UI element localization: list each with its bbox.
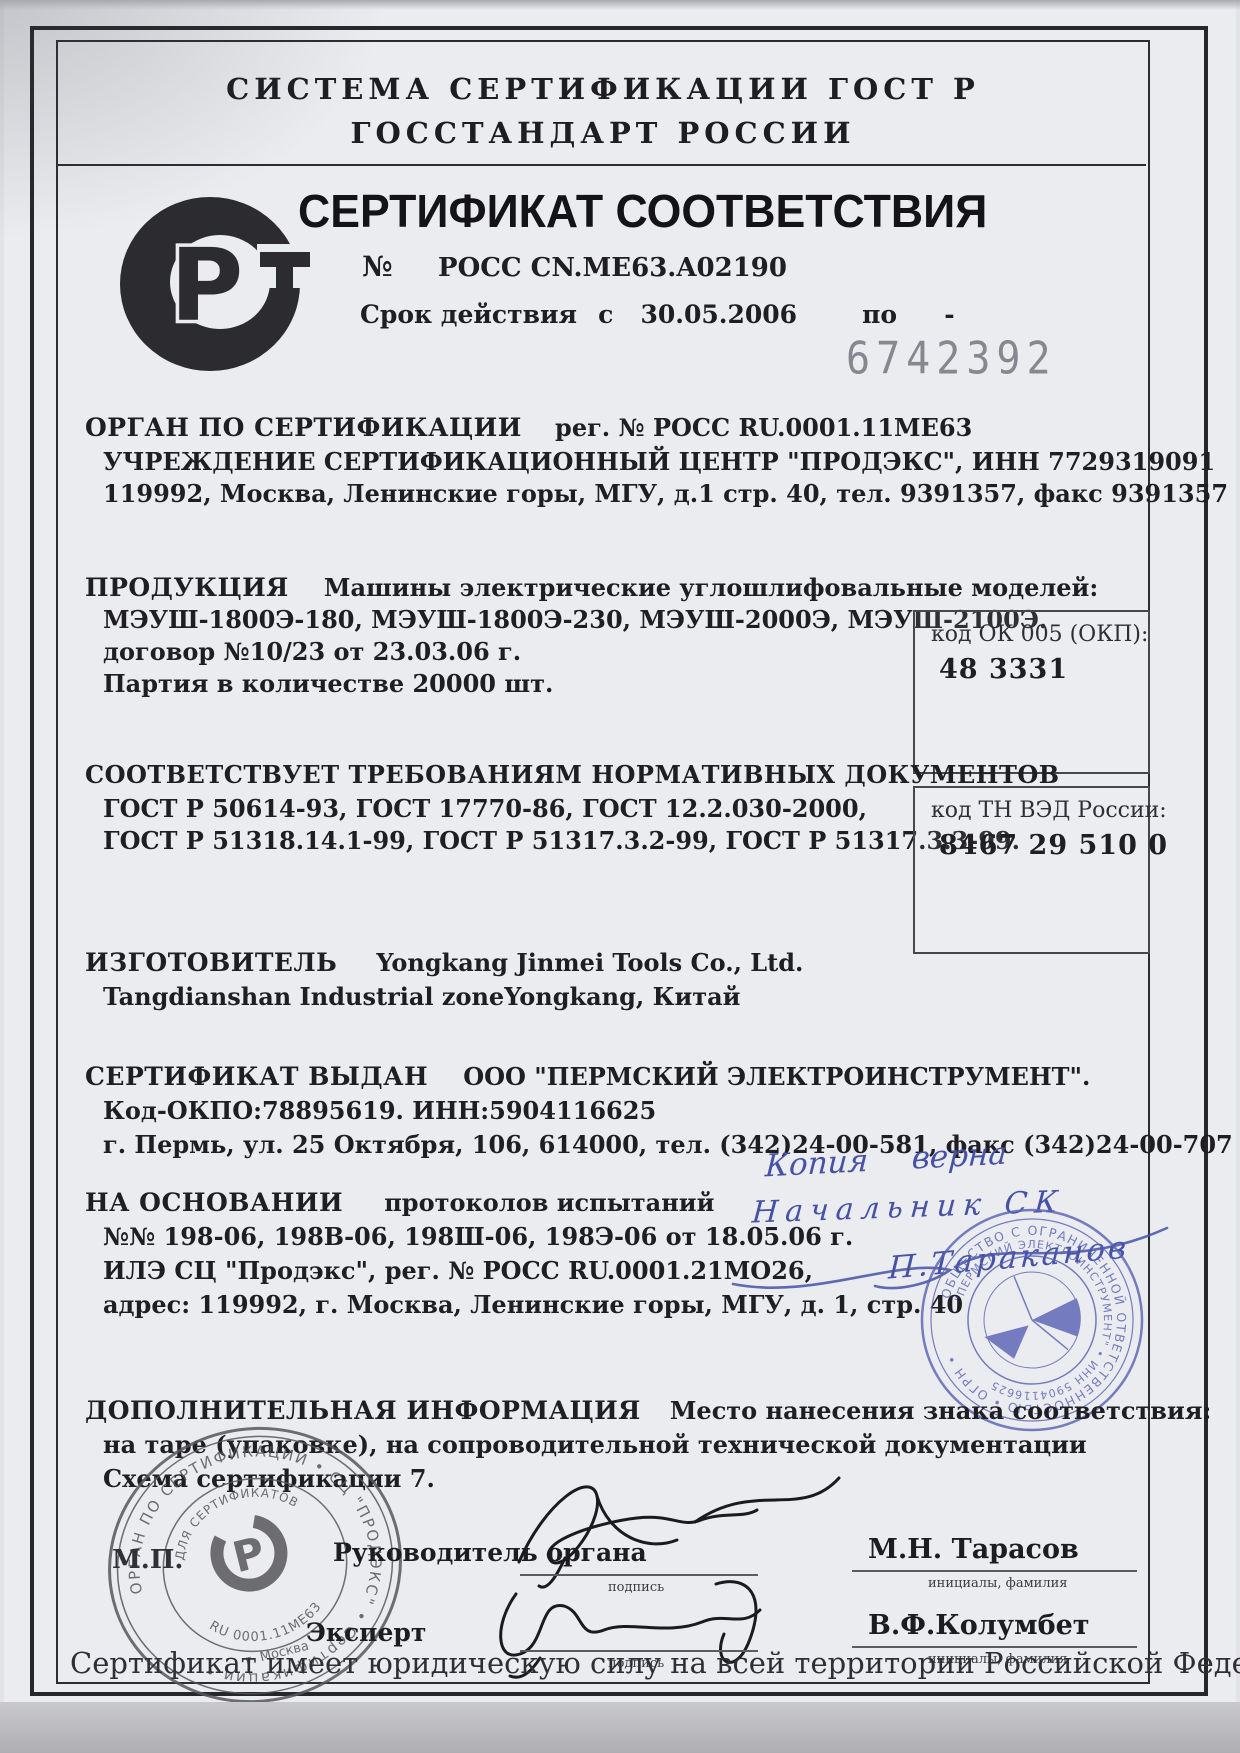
certificate-title: СЕРТИФИКАТ СООТВЕТСТВИЯ [298,184,987,238]
product-batch: Партия в количестве 20000 шт. [103,669,553,698]
svg-text:Р: Р [170,227,243,344]
compliance-gost-line1: ГОСТ Р 50614-93, ГОСТ 17770-86, ГОСТ 12.… [103,794,867,823]
tnved-code-box: код ТН ВЭД России: 8467 29 510 0 [913,786,1150,954]
product-line1: Машины электрические углошлифовальные мо… [324,573,1098,602]
validity-to-date: - [944,300,954,329]
certificate-number-row: № РОСС CN.ME63.A02190 [362,250,787,283]
header-line2: ГОССТАНДАРТ РОССИИ [58,116,1148,150]
certification-body-label: ОРГАН ПО СЕРТИФИКАЦИИ [85,413,522,442]
certification-body-name: УЧРЕЖДЕНИЕ СЕРТИФИКАЦИОННЫЙ ЦЕНТР "ПРОДЭ… [103,447,1215,476]
tnved-code-value: 8467 29 510 0 [939,830,1168,861]
issued-to-row: СЕРТИФИКАТ ВЫДАН ООО "ПЕРМСКИЙ ЭЛЕКТРОИН… [85,1062,1090,1091]
basis-lab: ИЛЭ СЦ "Продэкс", рег. № РОСС RU.0001.21… [103,1256,813,1285]
header-line1: СИСТЕМА СЕРТИФИКАЦИИ ГОСТ Р [58,72,1148,106]
manufacturer-label: ИЗГОТОВИТЕЛЬ [85,948,337,977]
head-name: М.Н. Тарасов [868,1534,1079,1565]
basis-line1: протоколов испытаний [384,1188,714,1217]
header-divider-line [58,164,1146,166]
product-contract: договор №10/23 от 23.03.06 г. [103,637,521,666]
tnved-code-label: код ТН ВЭД России: [931,798,1167,823]
head-name-line [852,1570,1137,1572]
scan-bottom-strip [0,1702,1240,1753]
certificate-scan: СИСТЕМА СЕРТИФИКАЦИИ ГОСТ Р ГОССТАНДАРТ … [0,0,1240,1753]
head-name-sublabel: инициалы, фамилия [928,1576,1067,1591]
validity-to-label: по [862,300,897,329]
manufacturer-name: Yongkang Jinmei Tools Co., Ltd. [376,948,803,977]
manufacturer-row: ИЗГОТОВИТЕЛЬ Yongkang Jinmei Tools Co., … [85,948,803,977]
validity-row: Срок действия с 30.05.2006 по - [360,300,955,329]
stamped-serial-number: 6742392 [846,333,1057,385]
issued-to-address: г. Пермь, ул. 25 Октября, 106, 614000, т… [103,1130,1233,1159]
legal-validity-statement: Сертификат имеет юридическую силу на все… [70,1646,1130,1680]
mp-stamp-place-label: М.П. [112,1545,183,1575]
certification-body-reg: рег. № РОСС RU.0001.11МЕ63 [555,413,972,442]
certificate-number: РОСС CN.ME63.A02190 [438,253,787,283]
product-row: ПРОДУКЦИЯ Машины электрические углошлифо… [85,573,1098,602]
certification-body-row: ОРГАН ПО СЕРТИФИКАЦИИ рег. № РОСС RU.000… [85,413,972,442]
rst-logo-icon: Р [112,192,312,377]
issued-to-label: СЕРТИФИКАТ ВЫДАН [85,1062,428,1091]
expert-role-label: Эксперт [306,1618,426,1647]
basis-label: НА ОСНОВАНИИ [85,1188,343,1217]
additional-info-line1: Место нанесения знака соответствия: [670,1396,1212,1425]
compliance-label: СООТВЕТСТВУЕТ ТРЕБОВАНИЯМ НОРМАТИВНЫХ ДО… [85,760,1060,789]
product-models: МЭУШ-1800Э-180, МЭУШ-1800Э-230, МЭУШ-200… [103,605,1047,634]
product-label: ПРОДУКЦИЯ [85,573,289,602]
validity-label: Срок действия [360,300,577,329]
issued-to-codes: Код-ОКПО:78895619. ИНН:5904116625 [103,1096,656,1125]
compliance-gost-line2: ГОСТ Р 51318.14.1-99, ГОСТ Р 51317.3.2-9… [103,826,1020,855]
validity-from-label: с [598,300,613,329]
issued-to-name: ООО "ПЕРМСКИЙ ЭЛЕКТРОИНСТРУМЕНТ". [463,1062,1090,1091]
okp-code-box: код ОК 005 (ОКП): 48 3331 [913,610,1150,774]
okp-code-label: код ОК 005 (ОКП): [931,622,1148,647]
basis-row: НА ОСНОВАНИИ протоколов испытаний [85,1188,714,1217]
validity-from-date: 30.05.2006 [640,300,797,329]
number-label: № [362,250,393,283]
okp-code-value: 48 3331 [939,654,1068,685]
expert-name: В.Ф.Колумбет [868,1610,1090,1641]
compliance-row: СООТВЕТСТВУЕТ ТРЕБОВАНИЯМ НОРМАТИВНЫХ ДО… [85,760,1060,789]
manufacturer-address: Tangdianshan Industrial zoneYongkang, Ки… [103,982,740,1011]
certification-body-address: 119992, Москва, Ленинские горы, МГУ, д.1… [103,479,1228,508]
